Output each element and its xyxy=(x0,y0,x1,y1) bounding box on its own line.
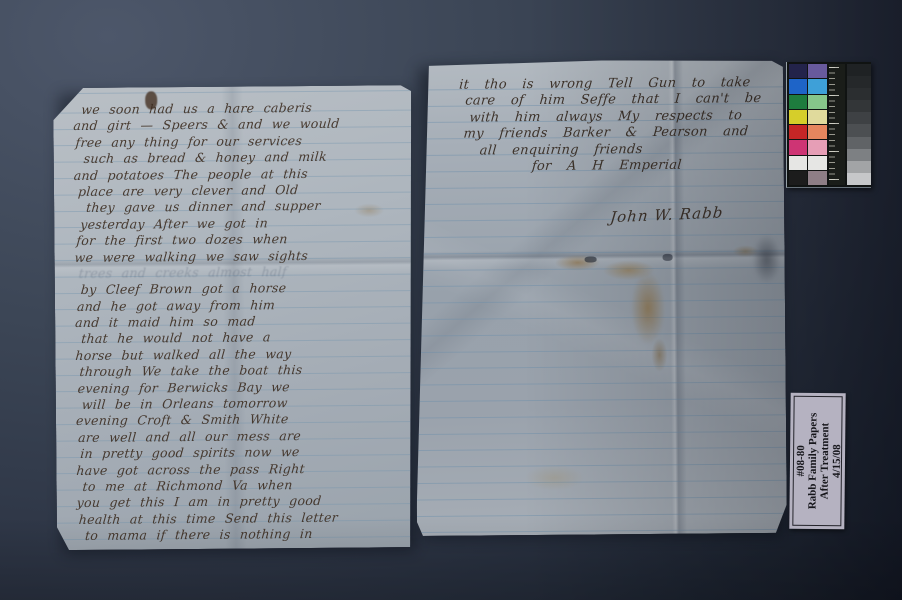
color-patch xyxy=(789,156,807,170)
stain xyxy=(603,260,655,280)
color-patch xyxy=(808,79,826,93)
ink-stain xyxy=(663,254,673,261)
color-patch-row xyxy=(789,95,827,109)
grayscale-step xyxy=(847,64,871,76)
grayscale-step xyxy=(847,112,871,124)
color-patch-row xyxy=(789,171,827,185)
grayscale-step xyxy=(847,76,871,88)
ink-stain xyxy=(585,256,597,262)
stain xyxy=(732,245,758,257)
color-patch-row xyxy=(789,156,827,170)
letter: we soon had us a hare caberisand girt — … xyxy=(51,57,791,555)
color-patch xyxy=(808,156,826,170)
label-treatment: After Treatment xyxy=(818,398,831,524)
handwriting-right: it tho is wrong Tell Gun to takecare of … xyxy=(459,75,784,176)
color-patch xyxy=(808,140,826,154)
handwriting-line: for A H Emperial xyxy=(531,157,784,176)
letter-right-page: it tho is wrong Tell Gun to takecare of … xyxy=(413,59,787,536)
stain xyxy=(631,272,666,344)
stain xyxy=(555,254,601,270)
grayscale-step xyxy=(847,149,871,161)
color-patch xyxy=(808,95,826,109)
color-patch xyxy=(789,171,807,185)
grayscale-step xyxy=(847,173,871,185)
label-text: #08-80 Rabb Family Papers After Treatmen… xyxy=(794,398,841,524)
label-date: 4/15/08 xyxy=(830,398,843,524)
grayscale-step xyxy=(847,161,871,173)
color-patch-row xyxy=(789,79,827,93)
color-patch-row xyxy=(789,140,827,154)
color-patch-columns xyxy=(789,64,827,185)
color-patch xyxy=(789,140,807,154)
ruler xyxy=(829,64,846,185)
shadow-stain xyxy=(752,235,780,283)
photo-background: we soon had us a hare caberisand girt — … xyxy=(0,0,902,600)
color-patch xyxy=(789,95,807,109)
color-patch xyxy=(789,110,807,124)
grayscale-step xyxy=(847,137,871,149)
label-id: #08-80 xyxy=(794,398,807,524)
grayscale-column xyxy=(847,64,871,185)
color-patch xyxy=(808,171,826,185)
handwriting-line: to mama if there is nothing in xyxy=(84,525,415,544)
color-patch xyxy=(789,125,807,139)
color-patch xyxy=(789,79,807,93)
color-patch xyxy=(789,64,807,78)
grayscale-step xyxy=(847,124,871,136)
archival-label: #08-80 Rabb Family Papers After Treatmen… xyxy=(789,393,845,530)
color-patch-row xyxy=(789,110,827,124)
grayscale-step xyxy=(847,100,871,112)
label-collection: Rabb Family Papers xyxy=(806,398,819,524)
color-patch-row xyxy=(789,64,827,78)
handwriting-left: we soon had us a hare caberisand girt — … xyxy=(73,99,415,544)
signature: John W. Rabb xyxy=(609,203,724,226)
stain xyxy=(651,338,667,372)
stain xyxy=(524,465,584,492)
color-calibration-card xyxy=(786,62,871,188)
color-patch-row xyxy=(789,125,827,139)
color-patch xyxy=(808,64,826,78)
grayscale-step xyxy=(847,88,871,100)
color-patch xyxy=(808,110,826,124)
letter-left-page: we soon had us a hare caberisand girt — … xyxy=(53,85,415,550)
color-patch xyxy=(808,125,826,139)
